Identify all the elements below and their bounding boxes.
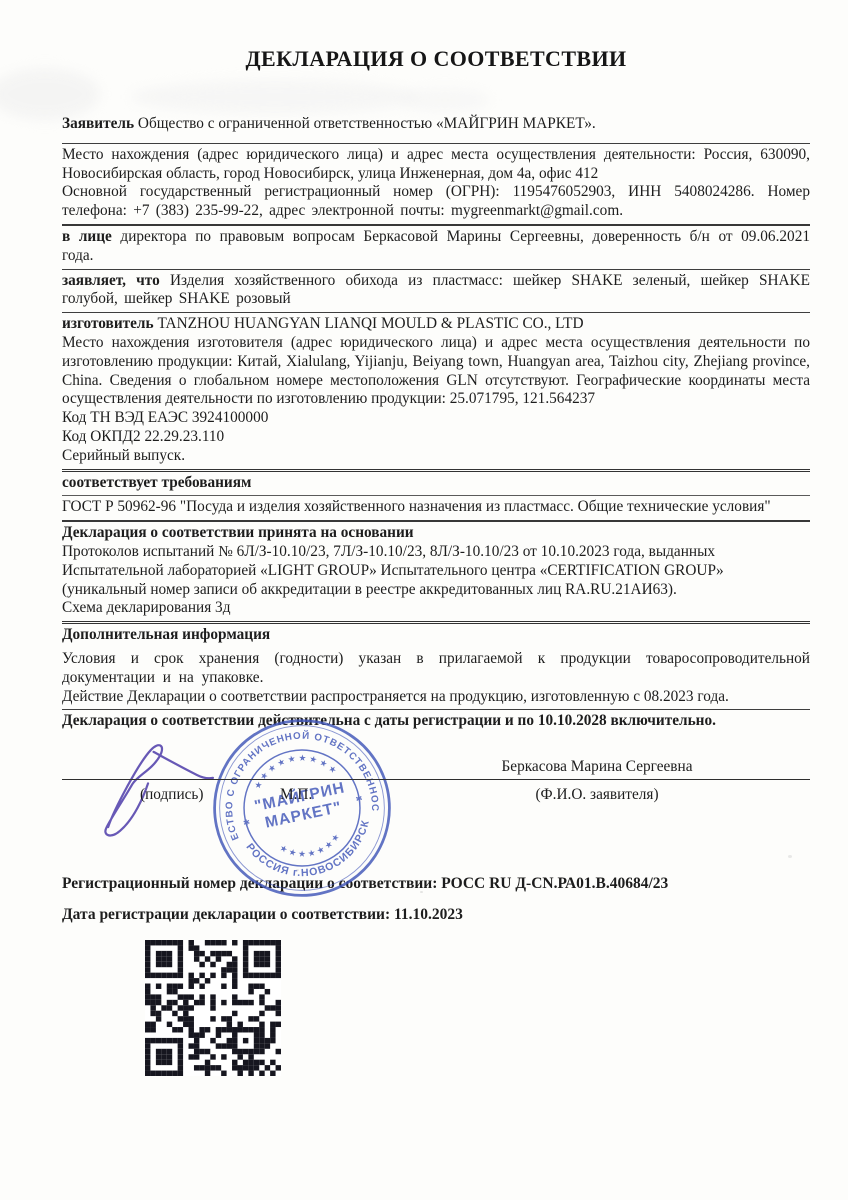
- stamp-side-star: ✱: [355, 794, 364, 804]
- manufacturer-name: TANZHOU HUANGYAN LIANQI MOULD & PLASTIC …: [157, 315, 583, 332]
- registration-date: Дата регистрации декларации о соответств…: [62, 905, 810, 924]
- svg-text:✱ РОССИЯ г.НОВОСИБИРСК ✱: ✱ РОССИЯ г.НОВОСИБИРСК ✱: [210, 716, 382, 898]
- product-description: Изделия хозяйственного обихода из пластм…: [62, 272, 810, 308]
- basis-line: Испытательной лабораторией «LIGHT GROUP»…: [62, 562, 810, 581]
- document-title: ДЕКЛАРАЦИЯ О СООТВЕТСТВИИ: [62, 46, 810, 72]
- stamp-bottom-arc-text: ✱ РОССИЯ г.НОВОСИБИРСК ✱: [210, 716, 382, 898]
- okpd2-code: Код ОКПД2 22.29.23.110: [62, 428, 810, 447]
- fio-caption: (Ф.И.О. заявителя): [457, 786, 737, 804]
- representative-label: в лице: [62, 228, 112, 245]
- declares-label: заявляет, что: [62, 272, 160, 289]
- validity-start: Действие Декларации о соответствии распр…: [62, 688, 810, 707]
- additional-info-label: Дополнительная информация: [62, 626, 270, 643]
- representative-text: директора по правовым вопросам Беркасово…: [62, 228, 810, 264]
- basis-section: Декларация о соответствии принята на осн…: [62, 520, 810, 621]
- applicant-ogrn: Основной государственный регистрационный…: [62, 183, 810, 221]
- manufacturer-address: Место нахождения изготовителя (адрес юри…: [62, 334, 810, 409]
- requirements-label: соответствует требованиям: [62, 474, 251, 491]
- signature-area: ОБЩЕСТВО С ОГРАНИЧЕННОЙ ОТВЕТСТВЕННОСТЬЮ…: [62, 738, 810, 884]
- basis-line: (уникальный номер записи об аккредитации…: [62, 581, 810, 600]
- tnved-code: Код ТН ВЭД ЕАЭС 3924100000: [62, 409, 810, 428]
- signature-caption: (подпись): [140, 786, 204, 804]
- basis-label: Декларация о соответствии принята на осн…: [62, 524, 414, 541]
- validity-section: Декларация о соответствии действительна …: [62, 709, 810, 734]
- declaration-document: ДЕКЛАРАЦИЯ О СООТВЕТСТВИИ Заявитель Обще…: [0, 0, 848, 1200]
- signature-line: [62, 779, 810, 780]
- applicant-fio: Беркасова Марина Сергеевна: [457, 758, 737, 776]
- stamp-side-star: ✱: [242, 818, 251, 828]
- issue-type: Серийный выпуск.: [62, 447, 810, 466]
- qr-code: [145, 940, 281, 1076]
- gost-text: ГОСТ Р 50962-96 "Посуда и изделия хозяйс…: [62, 498, 810, 517]
- manufacturer-section: изготовитель TANZHOU HUANGYAN LIANQI MOU…: [62, 312, 810, 468]
- manufacturer-label: изготовитель: [62, 315, 154, 332]
- applicant-row: Заявитель Общество с ограниченной ответс…: [62, 109, 810, 143]
- stamp-place-caption: М.П.: [280, 786, 312, 804]
- additional-info-section: Дополнительная информация Условия и срок…: [62, 621, 810, 709]
- representative-section: в лице директора по правовым вопросам Бе…: [62, 224, 810, 269]
- storage-conditions: Условия и срок хранения (годности) указа…: [62, 650, 810, 688]
- company-stamp: ОБЩЕСТВО С ОГРАНИЧЕННОЙ ОТВЕТСТВЕННОСТЬЮ…: [210, 716, 394, 900]
- declares-section: заявляет, что Изделия хозяйственного оби…: [62, 269, 810, 313]
- applicant-address-section: Место нахождения (адрес юридического лиц…: [62, 143, 810, 224]
- applicant-name: Общество с ограниченной ответственностью…: [138, 115, 596, 132]
- basis-line: Протоколов испытаний № 6Л/З-10.10/23, 7Л…: [62, 543, 810, 562]
- applicant-label: Заявитель: [62, 115, 134, 132]
- requirements-header: соответствует требованиям: [62, 469, 810, 496]
- applicant-location: Место нахождения (адрес юридического лиц…: [62, 146, 810, 184]
- document-body: ДЕКЛАРАЦИЯ О СООТВЕТСТВИИ Заявитель Обще…: [62, 0, 810, 1076]
- gost-section: ГОСТ Р 50962-96 "Посуда и изделия хозяйс…: [62, 495, 810, 520]
- declaration-scheme: Схема декларирования 3д: [62, 599, 810, 618]
